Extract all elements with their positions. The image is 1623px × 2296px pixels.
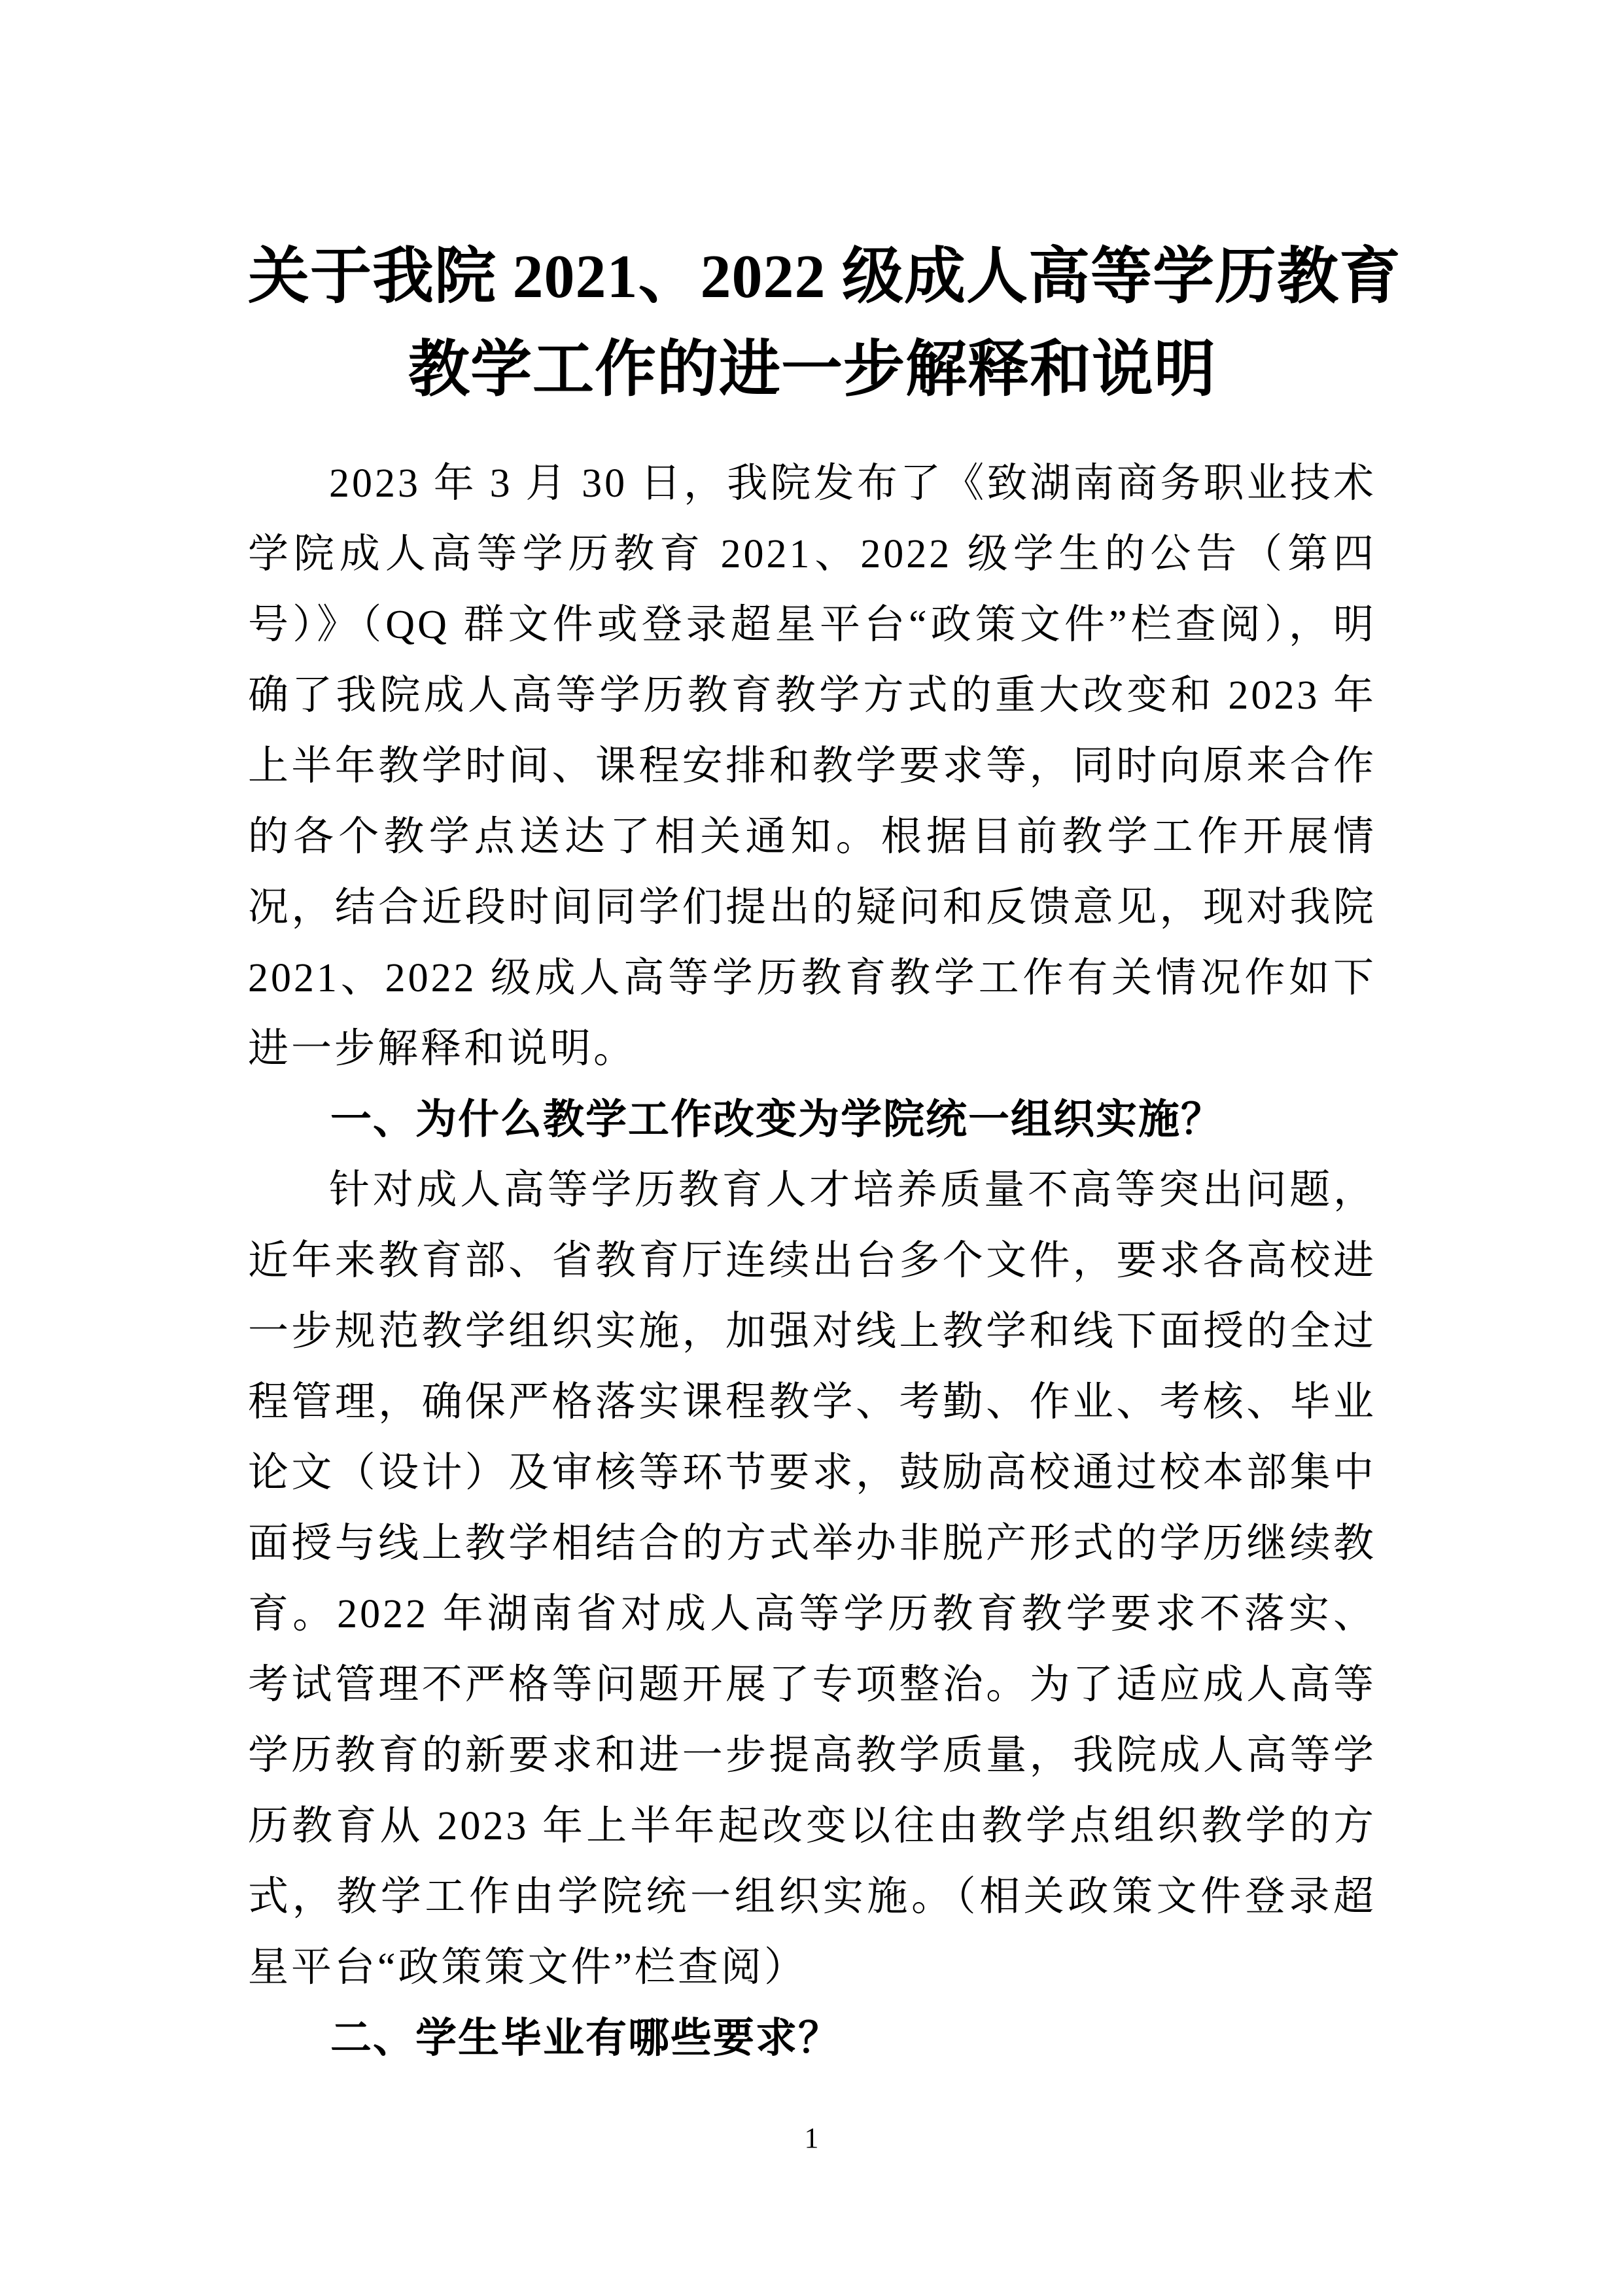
page-footer: 1: [0, 2121, 1623, 2155]
document-body: 2023 年 3 月 30 日，我院发布了《致湖南商务职业技术学院成人高等学历教…: [248, 448, 1376, 2074]
page-number: 1: [805, 2122, 819, 2154]
document-title: 关于我院 2021、2022 级成人高等学历教育 教学工作的进一步解释和说明: [248, 230, 1376, 416]
document-title-line-1: 关于我院 2021、2022 级成人高等学历教育: [248, 230, 1376, 323]
body-paragraph: 2023 年 3 月 30 日，我院发布了《致湖南商务职业技术学院成人高等学历教…: [248, 448, 1376, 1084]
document-title-line-2: 教学工作的进一步解释和说明: [248, 323, 1376, 416]
document-page: 关于我院 2021、2022 级成人高等学历教育 教学工作的进一步解释和说明 2…: [0, 0, 1623, 2296]
section-heading: 一、为什么教学工作改变为学院统一组织实施？: [248, 1084, 1376, 1155]
body-paragraph: 针对成人高等学历教育人才培养质量不高等突出问题，近年来教育部、省教育厅连续出台多…: [248, 1155, 1376, 2003]
section-heading: 二、学生毕业有哪些要求？: [248, 2003, 1376, 2074]
